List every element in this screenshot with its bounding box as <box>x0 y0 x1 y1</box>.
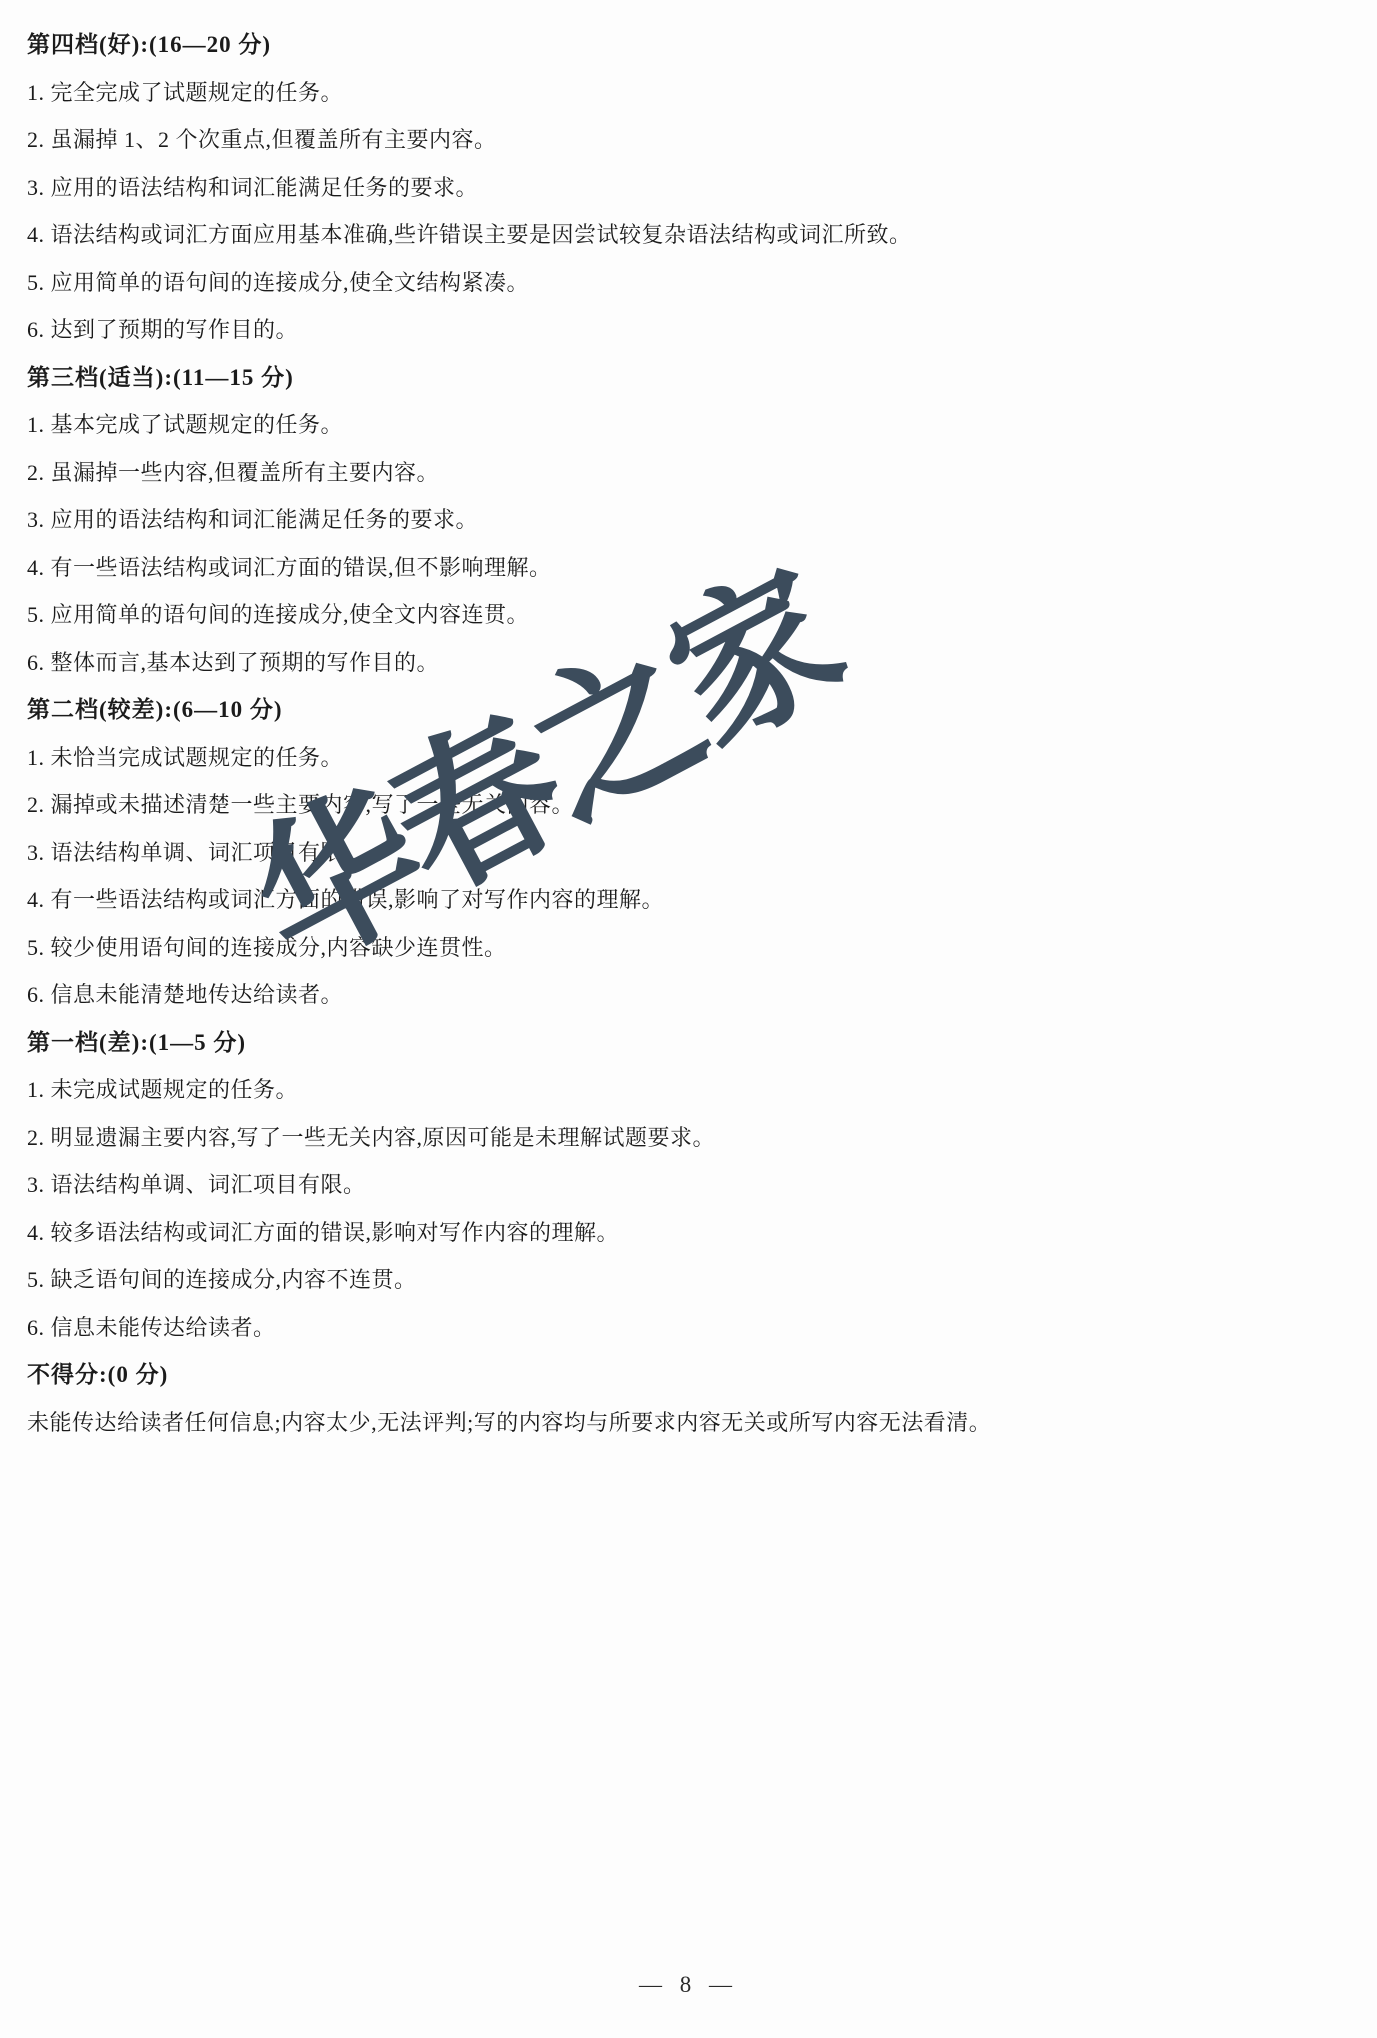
rubric-line: 5. 缺乏语句间的连接成分,内容不连贯。 <box>27 1256 1347 1304</box>
rubric-line: 4. 有一些语法结构或词汇方面的错误,但不影响理解。 <box>27 544 1347 592</box>
rubric-line: 2. 虽漏掉 1、2 个次重点,但覆盖所有主要内容。 <box>27 116 1347 164</box>
rubric-line: 3. 语法结构单调、词汇项目有限。 <box>27 1161 1347 1209</box>
rubric-line: 1. 未恰当完成试题规定的任务。 <box>27 734 1347 782</box>
rubric-line: 5. 应用简单的语句间的连接成分,使全文结构紧凑。 <box>27 259 1347 307</box>
document-page: 第四档(好):(16—20 分)1. 完全完成了试题规定的任务。2. 虽漏掉 1… <box>0 0 1377 2038</box>
rubric-line: 3. 语法结构单调、词汇项目有限。 <box>27 829 1347 877</box>
rubric-content: 第四档(好):(16—20 分)1. 完全完成了试题规定的任务。2. 虽漏掉 1… <box>27 21 1347 1446</box>
section-heading: 第四档(好):(16—20 分) <box>27 21 1347 69</box>
rubric-line: 3. 应用的语法结构和词汇能满足任务的要求。 <box>27 496 1347 544</box>
page-number: — 8 — <box>0 1972 1377 1998</box>
section-heading: 第二档(较差):(6—10 分) <box>27 686 1347 734</box>
rubric-line: 4. 语法结构或词汇方面应用基本准确,些许错误主要是因尝试较复杂语法结构或词汇所… <box>27 211 1347 259</box>
rubric-line: 5. 应用简单的语句间的连接成分,使全文内容连贯。 <box>27 591 1347 639</box>
rubric-line: 6. 整体而言,基本达到了预期的写作目的。 <box>27 639 1347 687</box>
rubric-line: 1. 未完成试题规定的任务。 <box>27 1066 1347 1114</box>
section-heading: 第三档(适当):(11—15 分) <box>27 354 1347 402</box>
rubric-line: 6. 达到了预期的写作目的。 <box>27 306 1347 354</box>
rubric-line: 6. 信息未能传达给读者。 <box>27 1304 1347 1352</box>
rubric-line: 2. 明显遗漏主要内容,写了一些无关内容,原因可能是未理解试题要求。 <box>27 1114 1347 1162</box>
rubric-line: 3. 应用的语法结构和词汇能满足任务的要求。 <box>27 164 1347 212</box>
rubric-line: 未能传达给读者任何信息;内容太少,无法评判;写的内容均与所要求内容无关或所写内容… <box>27 1399 1347 1447</box>
rubric-line: 6. 信息未能清楚地传达给读者。 <box>27 971 1347 1019</box>
section-heading: 不得分:(0 分) <box>27 1351 1347 1399</box>
rubric-line: 4. 有一些语法结构或词汇方面的错误,影响了对写作内容的理解。 <box>27 876 1347 924</box>
rubric-line: 1. 基本完成了试题规定的任务。 <box>27 401 1347 449</box>
rubric-line: 2. 漏掉或未描述清楚一些主要内容,写了一些无关内容。 <box>27 781 1347 829</box>
section-heading: 第一档(差):(1—5 分) <box>27 1019 1347 1067</box>
rubric-line: 4. 较多语法结构或词汇方面的错误,影响对写作内容的理解。 <box>27 1209 1347 1257</box>
rubric-line: 1. 完全完成了试题规定的任务。 <box>27 69 1347 117</box>
rubric-line: 5. 较少使用语句间的连接成分,内容缺少连贯性。 <box>27 924 1347 972</box>
rubric-line: 2. 虽漏掉一些内容,但覆盖所有主要内容。 <box>27 449 1347 497</box>
